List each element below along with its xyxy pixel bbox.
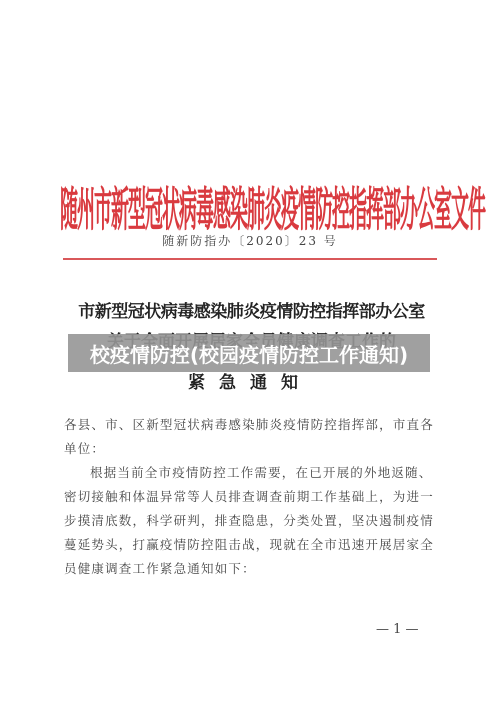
salutation: 各县、市、区新型冠状病毒感染肺炎疫情防控指挥部，市直各单位： [64,413,444,461]
document-page: 随州市新型冠状病毒感染肺炎疫情防控指挥部办公室文件 随新防指办〔2020〕23 … [0,0,500,707]
red-divider [63,258,437,260]
page-number: — 1 — [376,622,419,637]
document-number: 随新防指办〔2020〕23 号 [0,232,500,249]
document-body: 各县、市、区新型冠状病毒感染肺炎疫情防控指挥部，市直各单位： 根据当前全市疫情防… [64,413,444,581]
caption-banner: 校疫情防控(校园疫情防控工作通知) [68,334,430,372]
caption-text: 校疫情防控(校园疫情防控工作通知) [90,339,408,368]
notice-heading-line1: 市新型冠状病毒感染肺炎疫情防控指挥部办公室 [64,297,439,322]
body-paragraph: 根据当前全市疫情防控工作需要，在已开展的外地返随、密切接触和体温异常等人员排查调… [64,461,444,581]
